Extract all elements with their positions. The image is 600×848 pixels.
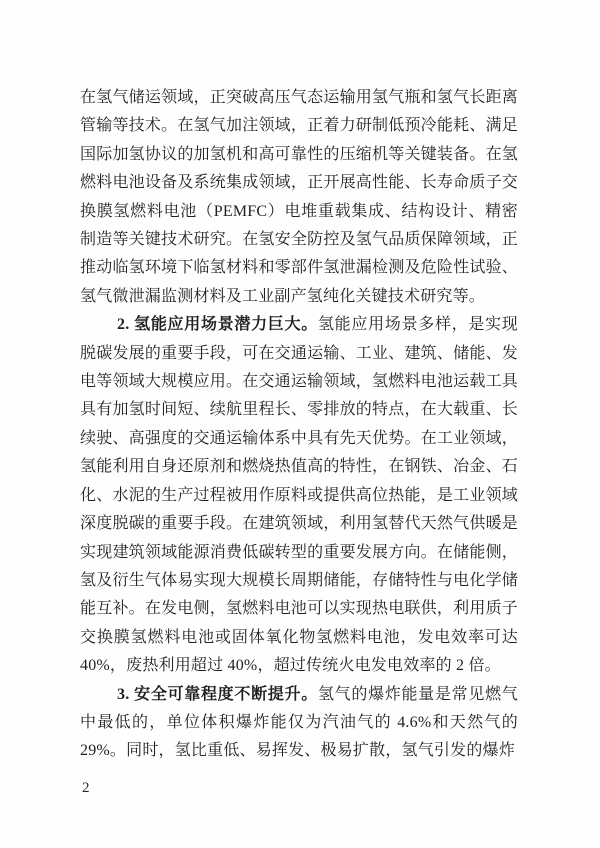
- document-body: 在氢气储运领域，正突破高压气态运输用氢气瓶和氢气长距离管输等技术。在氢气加注领域…: [80, 84, 518, 766]
- paragraph-2-text: 氢能应用场景多样，是实现脱碳发展的重要手段，可在交通运输、工业、建筑、储能、发电…: [80, 316, 518, 674]
- paragraph-3: 3. 安全可靠程度不断提升。氢气的爆炸能量是常见燃气中最低的，单位体积爆炸能仅为…: [80, 681, 518, 766]
- document-page: 在氢气储运领域，正突破高压气态运输用氢气瓶和氢气长距离管输等技术。在氢气加注领域…: [0, 0, 600, 848]
- paragraph-2-heading: 2. 氢能应用场景潜力巨大。: [117, 316, 318, 333]
- paragraph-2: 2. 氢能应用场景潜力巨大。氢能应用场景多样，是实现脱碳发展的重要手段，可在交通…: [80, 311, 518, 680]
- paragraph-continuation-text: 在氢气储运领域，正突破高压气态运输用氢气瓶和氢气长距离管输等技术。在氢气加注领域…: [80, 89, 518, 305]
- paragraph-continuation: 在氢气储运领域，正突破高压气态运输用氢气瓶和氢气长距离管输等技术。在氢气加注领域…: [80, 84, 518, 311]
- paragraph-3-heading: 3. 安全可靠程度不断提升。: [117, 686, 318, 703]
- page-number: 2: [82, 780, 90, 797]
